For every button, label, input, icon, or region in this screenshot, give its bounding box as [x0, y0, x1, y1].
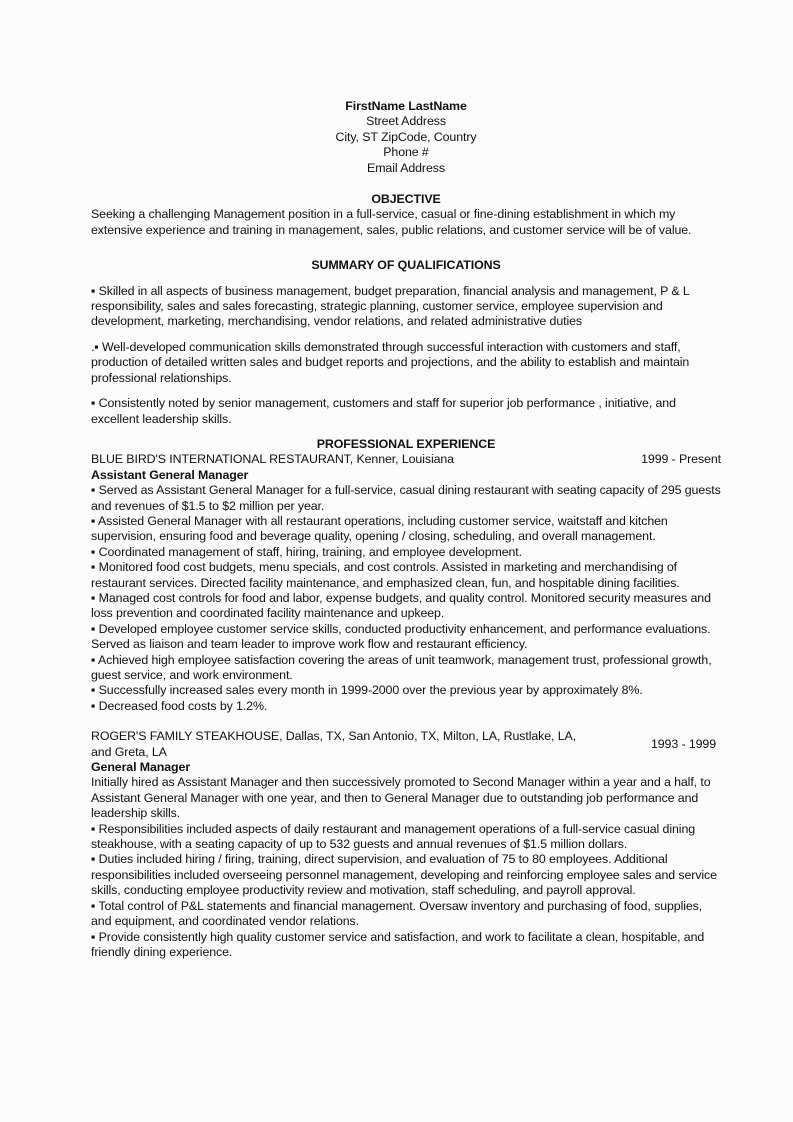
- street-address: Street Address: [91, 114, 721, 129]
- job-bullet: ▪ Achieved high employee satisfaction co…: [91, 653, 721, 684]
- job-bullet: ▪ Total control of P&L statements and fi…: [91, 899, 721, 930]
- job-role: Assistant General Manager: [91, 468, 721, 483]
- job-bullet: ▪ Coordinated management of staff, hirin…: [91, 545, 721, 560]
- job-description: Initially hired as Assistant Manager and…: [91, 775, 721, 821]
- company-name: ROGER'S FAMILY STEAKHOUSE, Dallas, TX, S…: [91, 729, 591, 760]
- job-dates: 1993 - 1999: [651, 737, 716, 752]
- job-bullet: ▪ Served as Assistant General Manager fo…: [91, 483, 721, 514]
- job-role: General Manager: [91, 760, 721, 775]
- email-address: Email Address: [91, 161, 721, 176]
- job-bullet: ▪ Developed employee customer service sk…: [91, 622, 721, 653]
- objective-heading: OBJECTIVE: [91, 192, 721, 207]
- contact-header: FirstName LastName Street Address City, …: [91, 99, 721, 176]
- qualification-item: ▪ Skilled in all aspects of business man…: [91, 284, 721, 330]
- job-bullet: ▪ Assisted General Manager with all rest…: [91, 514, 721, 545]
- city-state-zip: City, ST ZipCode, Country: [91, 130, 721, 145]
- objective-text: Seeking a challenging Management positio…: [91, 207, 721, 238]
- job-bullet: ▪ Responsibilities included aspects of d…: [91, 822, 721, 853]
- qualification-item: ▪ Consistently noted by senior managemen…: [91, 396, 721, 427]
- job-bullet: ▪ Provide consistently high quality cust…: [91, 930, 721, 961]
- summary-heading: SUMMARY OF QUALIFICATIONS: [91, 258, 721, 273]
- job-bullet: ▪ Managed cost controls for food and lab…: [91, 591, 721, 622]
- resume-page: FirstName LastName Street Address City, …: [91, 99, 721, 960]
- experience-heading: PROFESSIONAL EXPERIENCE: [91, 437, 721, 452]
- job-entry: ROGER'S FAMILY STEAKHOUSE, Dallas, TX, S…: [91, 729, 721, 960]
- job-bullet: ▪ Duties included hiring / firing, train…: [91, 852, 721, 898]
- job-header: ROGER'S FAMILY STEAKHOUSE, Dallas, TX, S…: [91, 729, 721, 760]
- applicant-name: FirstName LastName: [91, 99, 721, 114]
- qualification-item: .▪ Well-developed communication skills d…: [91, 340, 721, 386]
- job-bullet: ▪ Decreased food costs by 1.2%.: [91, 699, 721, 714]
- job-bullet: ▪ Successfully increased sales every mon…: [91, 683, 721, 698]
- phone-number: Phone #: [91, 145, 721, 160]
- job-header: BLUE BIRD'S INTERNATIONAL RESTAURANT, Ke…: [91, 452, 721, 467]
- company-name: BLUE BIRD'S INTERNATIONAL RESTAURANT, Ke…: [91, 452, 621, 467]
- job-dates: 1999 - Present: [641, 452, 721, 467]
- job-entry: BLUE BIRD'S INTERNATIONAL RESTAURANT, Ke…: [91, 452, 721, 714]
- job-bullet: ▪ Monitored food cost budgets, menu spec…: [91, 560, 721, 591]
